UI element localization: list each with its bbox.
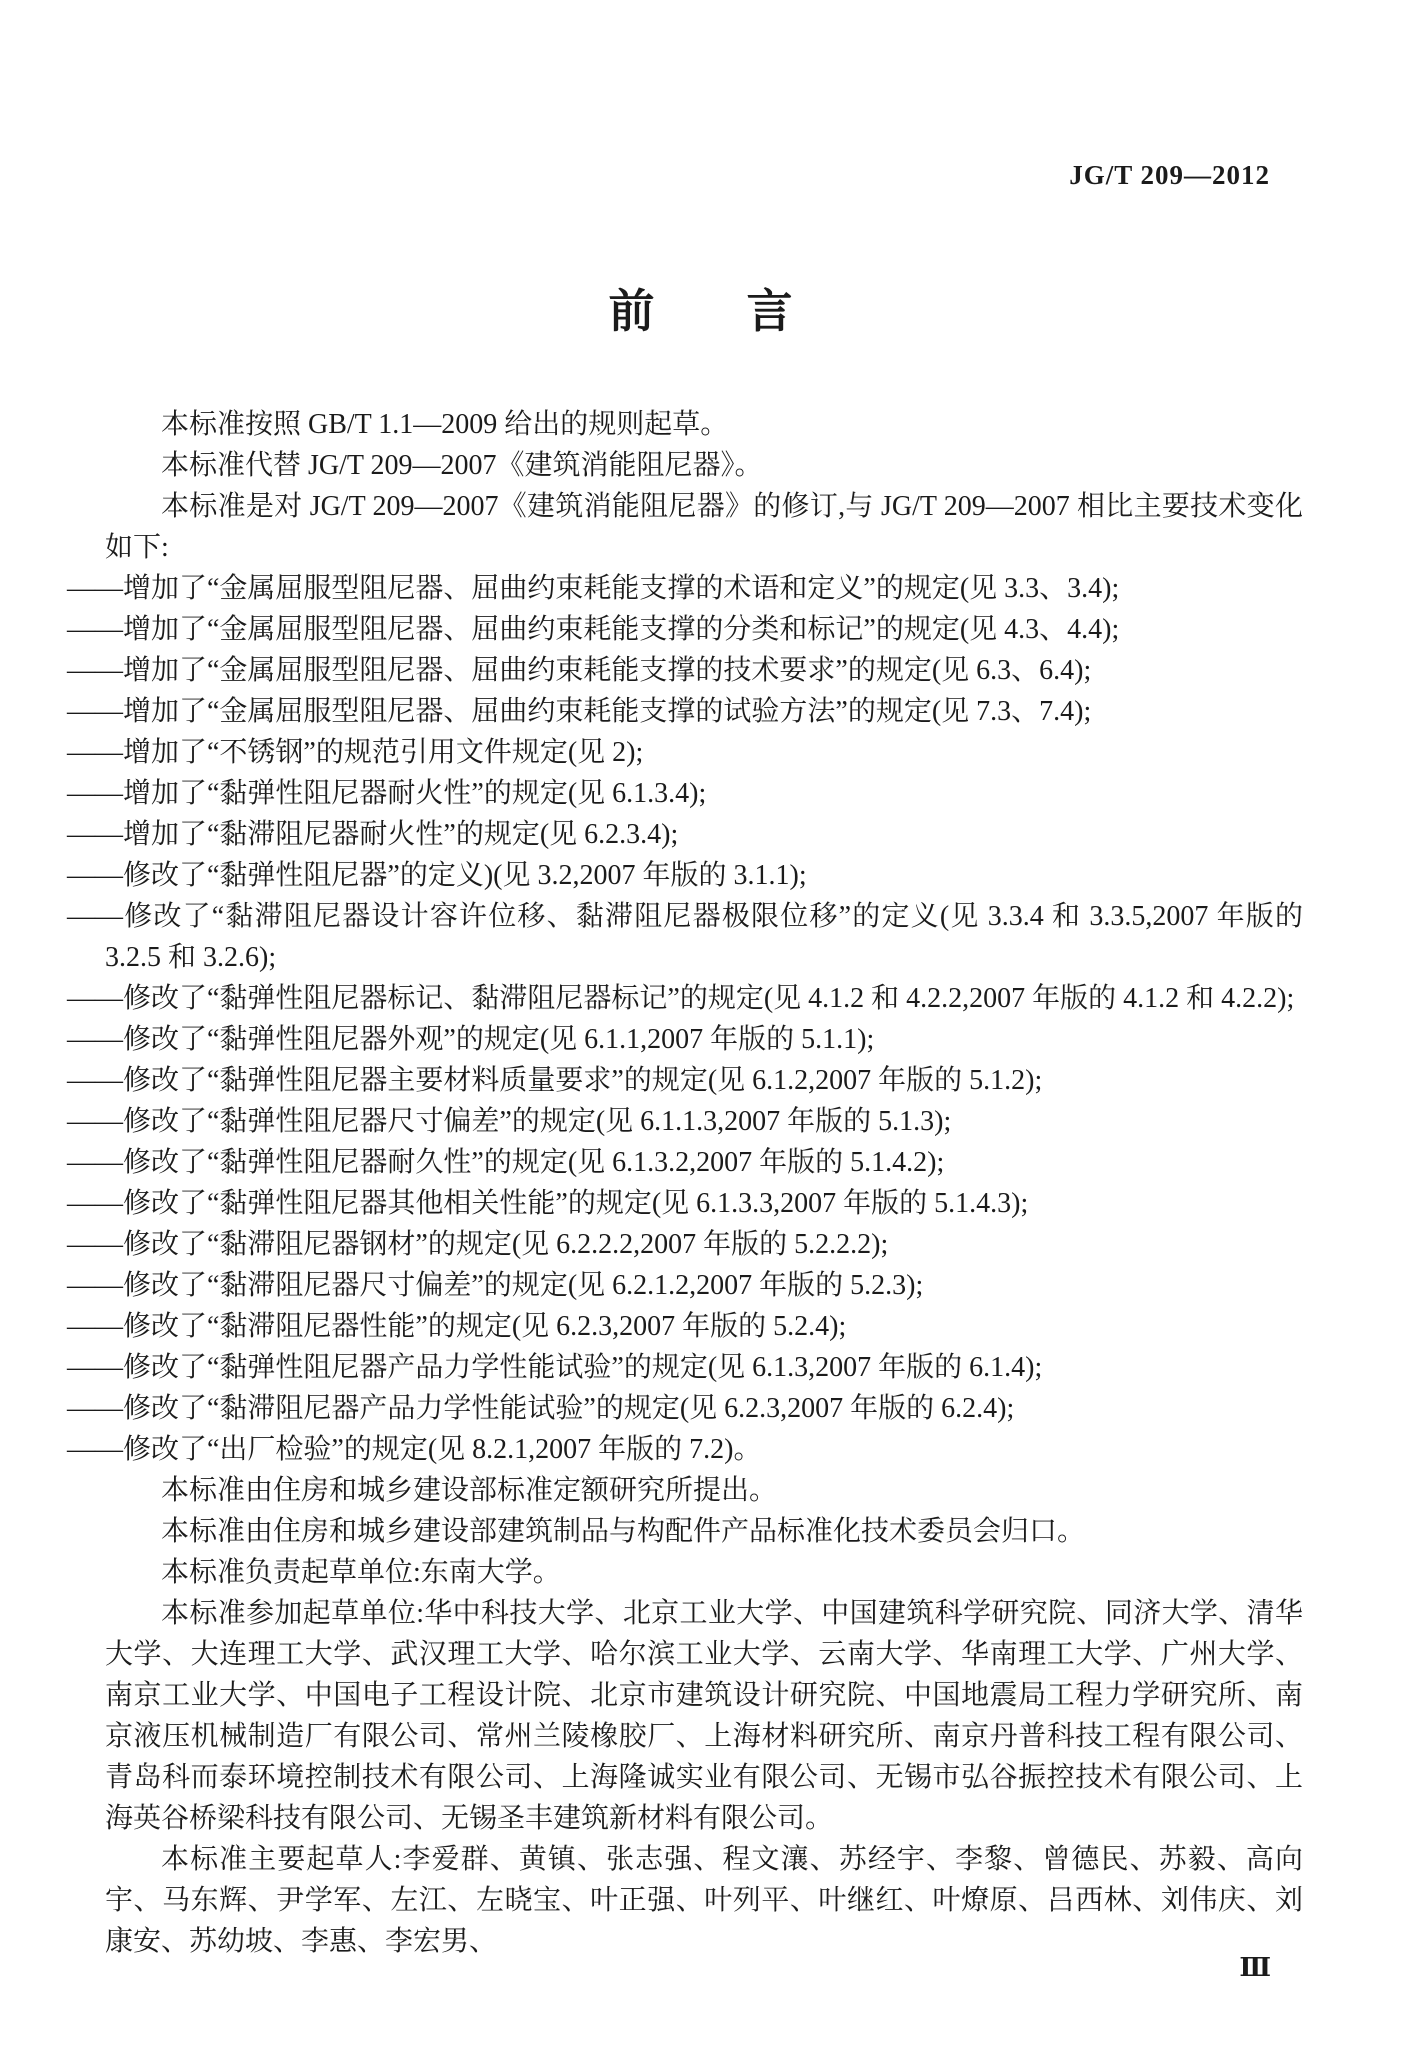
change-item: ——修改了“黏弹性阻尼器外观”的规定(见 6.1.1,2007 年版的 5.1.…: [105, 1019, 1303, 1060]
document-page: JG/T 209—2012 前 言 本标准按照 GB/T 1.1—2009 给出…: [0, 0, 1401, 2048]
change-item: ——修改了“黏弹性阻尼器其他相关性能”的规定(见 6.1.3.3,2007 年版…: [105, 1183, 1303, 1224]
change-item: ——修改了“黏滞阻尼器钢材”的规定(见 6.2.2.2,2007 年版的 5.2…: [105, 1224, 1303, 1265]
change-item: ——修改了“黏弹性阻尼器产品力学性能试验”的规定(见 6.1.3,2007 年版…: [105, 1347, 1303, 1388]
change-item: ——修改了“黏弹性阻尼器标记、黏滞阻尼器标记”的规定(见 4.1.2 和 4.2…: [105, 978, 1303, 1019]
intro-paragraph: 本标准是对 JG/T 209—2007《建筑消能阻尼器》的修订,与 JG/T 2…: [105, 486, 1303, 568]
change-item: ——修改了“黏弹性阻尼器主要材料质量要求”的规定(见 6.1.2,2007 年版…: [105, 1060, 1303, 1101]
closing-paragraph: 本标准负责起草单位:东南大学。: [105, 1552, 1303, 1593]
closing-paragraph: 本标准参加起草单位:华中科技大学、北京工业大学、中国建筑科学研究院、同济大学、清…: [105, 1593, 1303, 1839]
change-item: ——修改了“黏滞阻尼器性能”的规定(见 6.2.3,2007 年版的 5.2.4…: [105, 1306, 1303, 1347]
page-number: Ⅲ: [1239, 1953, 1271, 1983]
page-title: 前 言: [0, 284, 1401, 339]
change-item: ——增加了“金属屈服型阻尼器、屈曲约束耗能支撑的分类和标记”的规定(见 4.3、…: [105, 609, 1303, 650]
change-item: ——增加了“黏滞阻尼器耐火性”的规定(见 6.2.3.4);: [105, 814, 1303, 855]
change-item: ——增加了“金属屈服型阻尼器、屈曲约束耗能支撑的术语和定义”的规定(见 3.3、…: [105, 568, 1303, 609]
change-item: ——增加了“黏弹性阻尼器耐火性”的规定(见 6.1.3.4);: [105, 773, 1303, 814]
change-item: ——修改了“黏弹性阻尼器尺寸偏差”的规定(见 6.1.1.3,2007 年版的 …: [105, 1101, 1303, 1142]
change-item: ——修改了“出厂检验”的规定(见 8.2.1,2007 年版的 7.2)。: [105, 1429, 1303, 1470]
intro-paragraph: 本标准代替 JG/T 209—2007《建筑消能阻尼器》。: [105, 445, 1303, 486]
closing-paragraph: 本标准由住房和城乡建设部标准定额研究所提出。: [105, 1470, 1303, 1511]
change-item: ——修改了“黏滞阻尼器产品力学性能试验”的规定(见 6.2.3,2007 年版的…: [105, 1388, 1303, 1429]
change-item: ——增加了“金属屈服型阻尼器、屈曲约束耗能支撑的试验方法”的规定(见 7.3、7…: [105, 691, 1303, 732]
change-item: ——增加了“不锈钢”的规范引用文件规定(见 2);: [105, 732, 1303, 773]
change-item: ——修改了“黏滞阻尼器设计容许位移、黏滞阻尼器极限位移”的定义(见 3.3.4 …: [105, 896, 1303, 978]
closing-paragraph: 本标准主要起草人:李爱群、黄镇、张志强、程文瀼、苏经宇、李黎、曾德民、苏毅、高向…: [105, 1839, 1303, 1962]
standard-code-header: JG/T 209—2012: [1069, 160, 1270, 191]
document-body: 本标准按照 GB/T 1.1—2009 给出的规则起草。 本标准代替 JG/T …: [105, 404, 1303, 1962]
change-item: ——修改了“黏弹性阻尼器耐久性”的规定(见 6.1.3.2,2007 年版的 5…: [105, 1142, 1303, 1183]
closing-paragraph: 本标准由住房和城乡建设部建筑制品与构配件产品标准化技术委员会归口。: [105, 1511, 1303, 1552]
change-item: ——修改了“黏滞阻尼器尺寸偏差”的规定(见 6.2.1.2,2007 年版的 5…: [105, 1265, 1303, 1306]
change-item: ——增加了“金属屈服型阻尼器、屈曲约束耗能支撑的技术要求”的规定(见 6.3、6…: [105, 650, 1303, 691]
change-item: ——修改了“黏弹性阻尼器”的定义)(见 3.2,2007 年版的 3.1.1);: [105, 855, 1303, 896]
intro-paragraph: 本标准按照 GB/T 1.1—2009 给出的规则起草。: [105, 404, 1303, 445]
